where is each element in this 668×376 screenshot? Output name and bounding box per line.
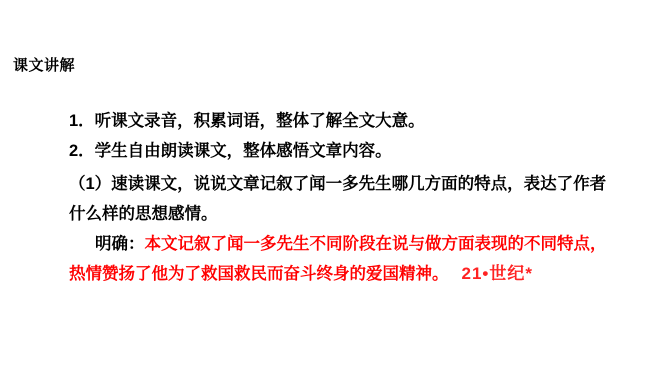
- slide-title: 课文讲解: [13, 56, 75, 76]
- body-line-1: 1．听课文录音，积累词语，整体了解全文大意。: [69, 106, 635, 136]
- body-line-5: 明确：本文记叙了闻一多先生不同阶段在说与做方面表现的不同特点，: [69, 229, 635, 259]
- body-line-6: 热情赞扬了他为了救国救民而奋斗终身的爱国精神。21•世纪*: [69, 259, 635, 289]
- body-line-2: 2．学生自由朗读课文，整体感悟文章内容。: [69, 136, 635, 166]
- slide-canvas: 课文讲解 1．听课文录音，积累词语，整体了解全文大意。 2．学生自由朗读课文，整…: [0, 0, 668, 376]
- slide-body: 1．听课文录音，积累词语，整体了解全文大意。 2．学生自由朗读课文，整体感悟文章…: [69, 106, 635, 289]
- text-segment: （1）速读课文，说说文章记叙了闻一多先生哪几方面的特点，表达了作者: [69, 175, 606, 193]
- brand-watermark: 21•世纪*: [462, 264, 533, 283]
- text-segment: 什么样的思想感情。: [69, 205, 218, 223]
- answer-label: 明确：: [95, 235, 145, 253]
- text-segment: 2．学生自由朗读课文，整体感悟文章内容。: [69, 142, 392, 160]
- body-line-4: 什么样的思想感情。: [69, 199, 635, 229]
- answer-text: 热情赞扬了他为了救国救民而奋斗终身的爱国精神。: [69, 265, 449, 283]
- body-line-3: （1）速读课文，说说文章记叙了闻一多先生哪几方面的特点，表达了作者: [69, 169, 635, 199]
- text-segment: 1．听课文录音，积累词语，整体了解全文大意。: [69, 112, 425, 130]
- answer-text: 本文记叙了闻一多先生不同阶段在说与做方面表现的不同特点，: [145, 235, 607, 253]
